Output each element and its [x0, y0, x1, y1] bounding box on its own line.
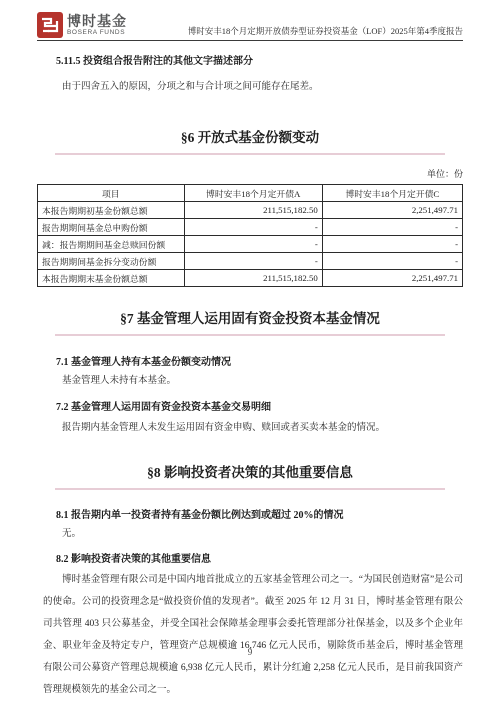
- report-page: 博时基金 BOSERA FUNDS 博时安丰18个月定期开放债券型证券投资基金（…: [0, 0, 500, 707]
- table-header-row: 项目 博时安丰18个月定开债A 博时安丰18个月定开债C: [38, 185, 463, 202]
- row-value-a: -: [184, 253, 322, 270]
- table-row: 本报告期期末基金份额总额 211,515,182.50 2,251,497.71: [38, 270, 463, 287]
- heading-section-6: §6 开放式基金份额变动: [55, 126, 445, 155]
- row-label: 减：报告期期间基金总赎回份额: [38, 236, 185, 253]
- row-value-a: 211,515,182.50: [184, 270, 322, 287]
- row-label: 报告期期间基金总申购份额: [38, 219, 185, 236]
- col-header-item: 项目: [38, 185, 185, 202]
- col-header-class-a: 博时安丰18个月定开债A: [184, 185, 322, 202]
- unit-label: 单位：份: [37, 167, 463, 180]
- paragraph-7-1: 基金管理人未持有本基金。: [43, 370, 463, 392]
- heading-8-2: 8.2 影响投资者决策的其他重要信息: [56, 550, 463, 565]
- table-row: 减：报告期期间基金总赎回份额 - -: [38, 236, 463, 253]
- document-title: 博时安丰18个月定期开放债券型证券投资基金（LOF）2025年第4季度报告: [188, 25, 463, 38]
- row-value-a: 211,515,182.50: [184, 202, 322, 219]
- paragraph-8-2: 博时基金管理有限公司是中国内地首批成立的五家基金管理公司之一。“为国民创造财富”…: [43, 569, 463, 701]
- heading-7-1: 7.1 基金管理人持有本基金份额变动情况: [56, 353, 463, 368]
- row-value-c: -: [322, 236, 462, 253]
- row-value-c: 2,251,497.71: [322, 202, 462, 219]
- heading-7-2: 7.2 基金管理人运用固有资金投资本基金交易明细: [56, 398, 463, 413]
- heading-section-8: §8 影响投资者决策的其他重要信息: [55, 461, 445, 490]
- col-header-class-c: 博时安丰18个月定开债C: [322, 185, 462, 202]
- table-row: 报告期期间基金拆分变动份额 - -: [38, 253, 463, 270]
- logo-text-en: BOSERA FUNDS: [67, 30, 127, 37]
- row-value-c: 2,251,497.71: [322, 270, 462, 287]
- fund-share-change-table: 项目 博时安丰18个月定开债A 博时安丰18个月定开债C 本报告期期初基金份额总…: [37, 184, 463, 287]
- row-value-a: -: [184, 236, 322, 253]
- row-label: 报告期期间基金拆分变动份额: [38, 253, 185, 270]
- heading-8-1: 8.1 报告期内单一投资者持有基金份额比例达到或超过 20%的情况: [56, 506, 463, 521]
- paragraph-5-11-5: 由于四舍五入的原因，分项之和与合计项之间可能存在尾差。: [43, 76, 463, 98]
- page-number: 9: [0, 647, 500, 657]
- paragraph-7-2: 报告期内基金管理人未发生运用固有资金申购、赎回或者买卖本基金的情况。: [43, 417, 463, 439]
- row-label: 本报告期期末基金份额总额: [38, 270, 185, 287]
- row-value-a: -: [184, 219, 322, 236]
- bosera-logo: 博时基金 BOSERA FUNDS: [37, 12, 127, 38]
- heading-section-7: §7 基金管理人运用固有资金投资本基金情况: [55, 307, 445, 336]
- page-header: 博时基金 BOSERA FUNDS 博时安丰18个月定期开放债券型证券投资基金（…: [37, 0, 463, 41]
- heading-5-11-5: 5.11.5 投资组合报告附注的其他文字描述部分: [56, 52, 463, 67]
- logo-text-cn: 博时基金: [67, 14, 127, 28]
- table-row: 本报告期期初基金份额总额 211,515,182.50 2,251,497.71: [38, 202, 463, 219]
- row-value-c: -: [322, 253, 462, 270]
- row-label: 本报告期期初基金份额总额: [38, 202, 185, 219]
- row-value-c: -: [322, 219, 462, 236]
- paragraph-8-1: 无。: [43, 523, 463, 545]
- bosera-seal-icon: [37, 12, 63, 38]
- table-row: 报告期期间基金总申购份额 - -: [38, 219, 463, 236]
